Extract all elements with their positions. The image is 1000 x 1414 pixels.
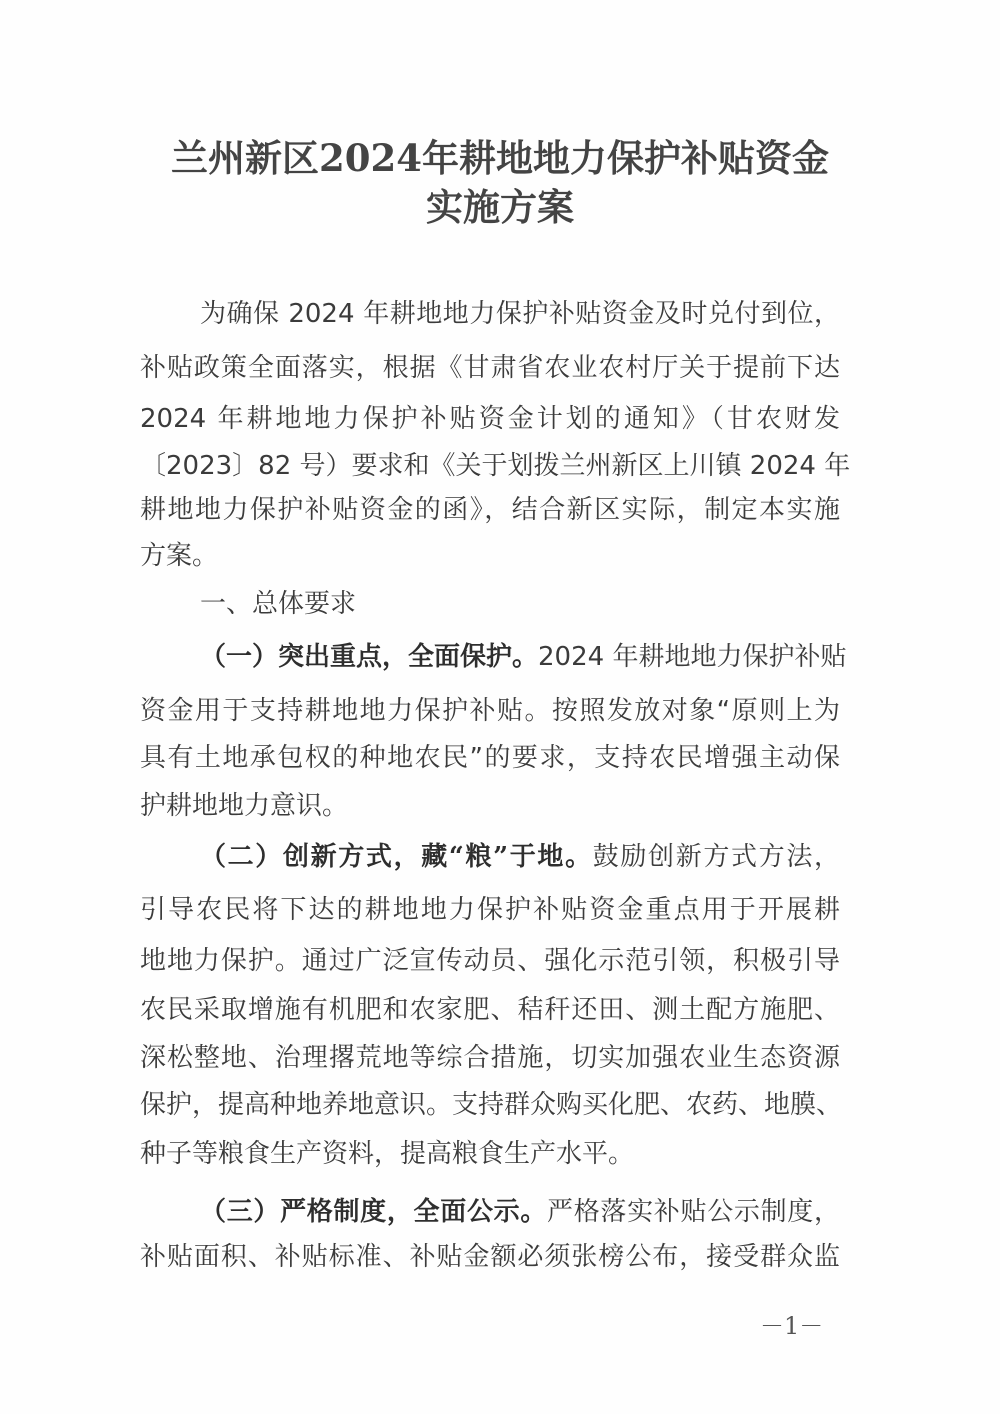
- item-2-line: 引导农民将下达的耕地地力保护补贴资金重点用于开展耕: [140, 893, 840, 927]
- intro-paragraph-line: 为确保 2024 年耕地地力保护补贴资金及时兑付到位，: [200, 297, 840, 331]
- item-2-first-line: （二）创新方式，藏“粮”于地。鼓励创新方式方法，: [200, 840, 840, 874]
- document-title-line-1: 兰州新区2024年耕地地力保护补贴资金: [0, 136, 1000, 180]
- item-2-line: 地地力保护。通过广泛宣传动员、强化示范引领，积极引导: [140, 944, 840, 978]
- item-2-line: 种子等粮食生产资料，提高粮食生产水平。: [140, 1137, 840, 1171]
- intro-paragraph-line: 方案。: [140, 539, 840, 573]
- item-2-line: 农民采取增施有机肥和农家肥、秸秆还田、测土配方施肥、: [140, 993, 840, 1027]
- intro-paragraph-line: 2024 年耕地地力保护补贴资金计划的通知》（甘农财发: [140, 402, 840, 436]
- item-3-first-line: （三）严格制度，全面公示。严格落实补贴公示制度，: [200, 1195, 840, 1229]
- item-2-lead: （二）创新方式，藏“粮”于地。: [200, 842, 593, 872]
- page-number: －1－: [760, 1306, 823, 1341]
- item-3-lead: （三）严格制度，全面公示。: [200, 1197, 547, 1227]
- item-1-first-line-text: 2024 年耕地地力保护补贴: [538, 642, 846, 672]
- item-1-lead: （一）突出重点，全面保护。: [200, 642, 538, 672]
- item-3-line: 补贴面积、补贴标准、补贴金额必须张榜公布，接受群众监: [140, 1240, 840, 1274]
- item-2-first-line-text: 鼓励创新方式方法，: [593, 842, 840, 872]
- item-2-line: 保护，提高种地养地意识。支持群众购买化肥、农药、地膜、: [140, 1088, 840, 1122]
- section-heading: 一、总体要求: [200, 587, 356, 621]
- item-1-line: 具有土地承包权的种地农民”的要求，支持农民增强主动保: [140, 741, 840, 775]
- intro-paragraph-line: 〔2023〕82 号）要求和《关于划拨兰州新区上川镇 2024 年: [140, 449, 840, 483]
- item-1-first-line: （一）突出重点，全面保护。2024 年耕地地力保护补贴: [200, 640, 840, 674]
- intro-paragraph-line: 补贴政策全面落实，根据《甘肃省农业农村厅关于提前下达: [140, 351, 840, 385]
- item-1-line: 护耕地地力意识。: [140, 789, 840, 823]
- document-title-line-2: 实施方案: [0, 185, 1000, 229]
- item-1-line: 资金用于支持耕地地力保护补贴。按照发放对象“原则上为: [140, 694, 840, 728]
- item-3-first-line-text: 严格落实补贴公示制度，: [547, 1197, 840, 1227]
- item-2-line: 深松整地、治理撂荒地等综合措施，切实加强农业生态资源: [140, 1041, 840, 1075]
- intro-paragraph-line: 耕地地力保护补贴资金的函》，结合新区实际，制定本实施: [140, 493, 840, 527]
- document-page: 兰州新区2024年耕地地力保护补贴资金 实施方案 为确保 2024 年耕地地力保…: [0, 0, 1000, 1414]
